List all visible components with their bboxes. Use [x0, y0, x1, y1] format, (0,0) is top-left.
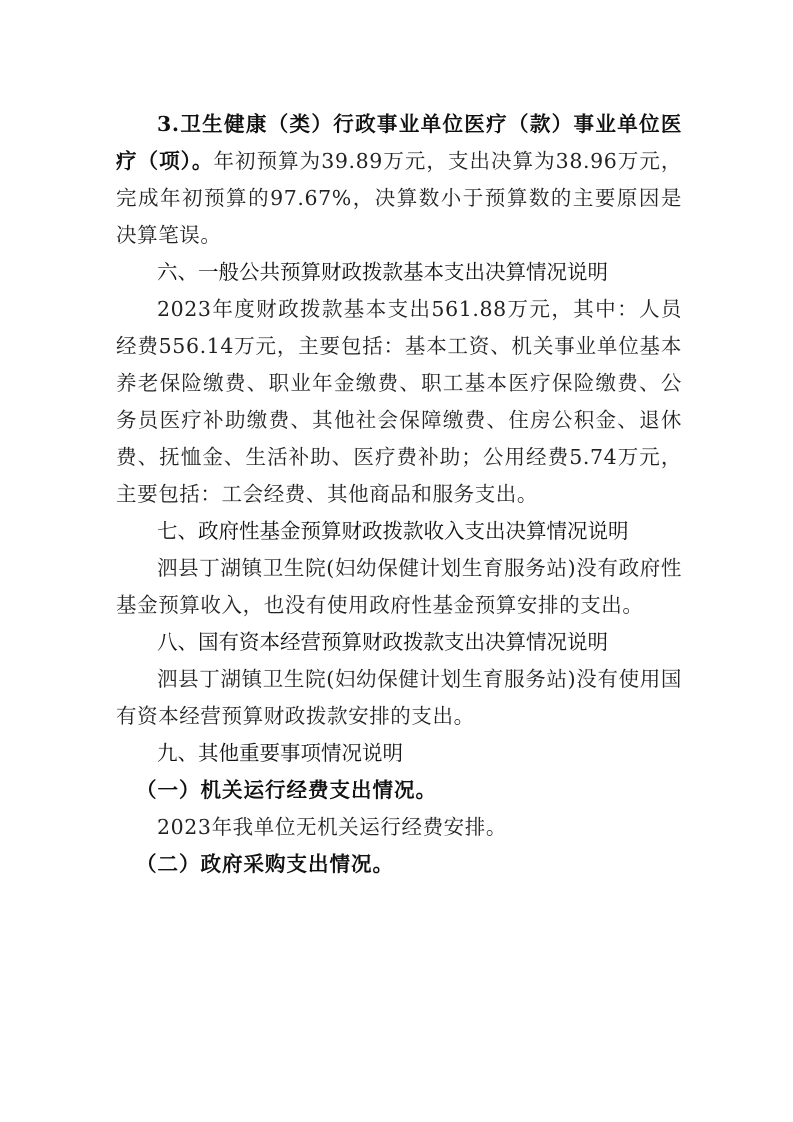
item3-paragraph: 3.卫生健康（类）行政事业单位医疗（款）事业单位医疗（项）。年初预算为39.89…	[116, 106, 682, 254]
section7-heading: 七、政府性基金预算财政拨款收入支出决算情况说明	[116, 513, 682, 550]
section9-sub1-body: 2023年我单位无机关运行经费安排。	[116, 809, 682, 846]
section9-heading: 九、其他重要事项情况说明	[116, 735, 682, 772]
section9-sub2-heading: （二）政府采购支出情况。	[116, 846, 682, 883]
section8-body: 泗县丁湖镇卫生院(妇幼保健计划生育服务站)没有使用国有资本经营预算财政拨款安排的…	[116, 661, 682, 735]
section7-body: 泗县丁湖镇卫生院(妇幼保健计划生育服务站)没有政府性基金预算收入，也没有使用政府…	[116, 550, 682, 624]
section9-sub1-heading: （一）机关运行经费支出情况。	[116, 772, 682, 809]
document-page: 3.卫生健康（类）行政事业单位医疗（款）事业单位医疗（项）。年初预算为39.89…	[116, 106, 682, 883]
section8-heading: 八、国有资本经营预算财政拨款支出决算情况说明	[116, 624, 682, 661]
section6-heading: 六、一般公共预算财政拨款基本支出决算情况说明	[116, 254, 682, 291]
section6-body: 2023年度财政拨款基本支出561.88万元，其中：人员经费556.14万元，主…	[116, 291, 682, 513]
